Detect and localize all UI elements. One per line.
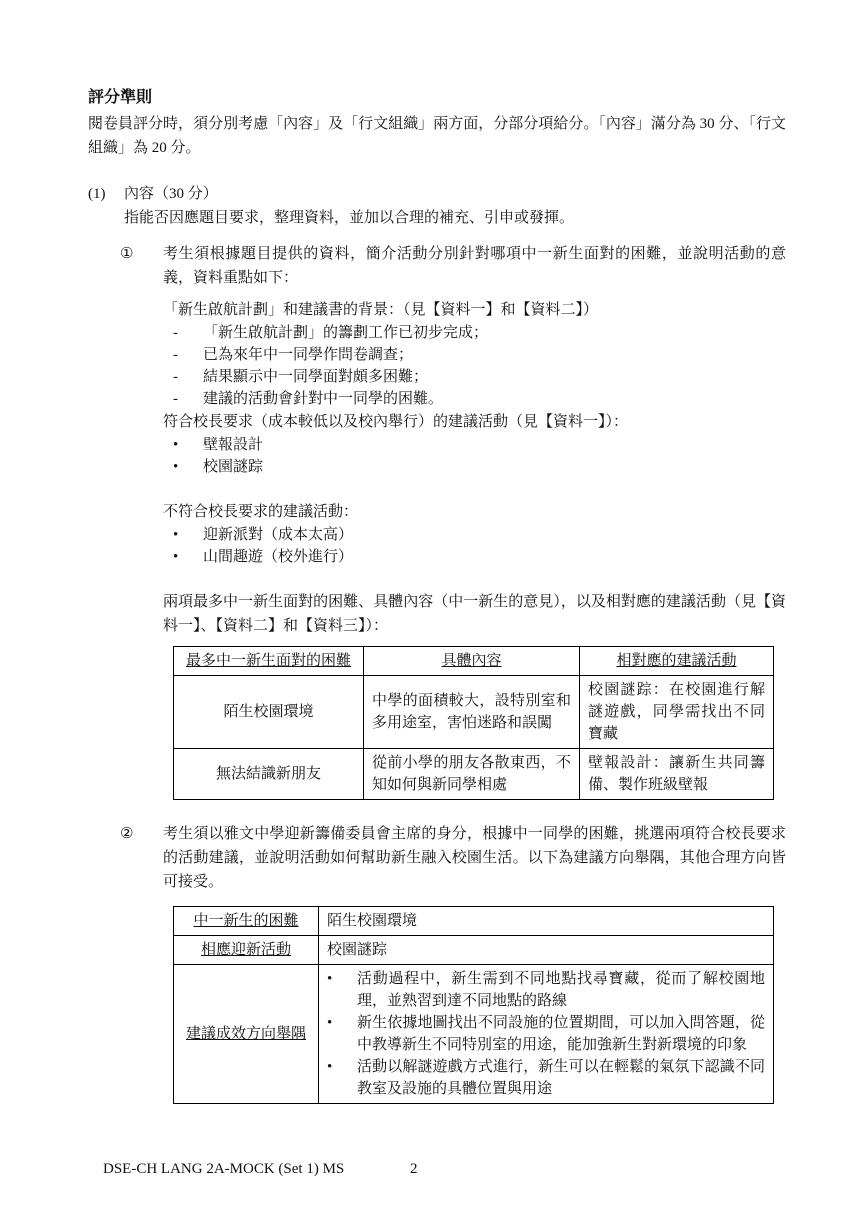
- bullet-item-text: 校園謎踪: [203, 456, 786, 478]
- table-header-cell: 相對應的建議活動: [580, 647, 774, 676]
- section-1: (1) 內容（30 分） 指能否因應題目要求，整理資料，並加以合理的補充、引申或…: [88, 182, 786, 230]
- table-label-cell: 相應迎新活動: [174, 936, 319, 965]
- dash-marker: -: [173, 388, 203, 410]
- table-cell: 陌生校園環境: [319, 907, 774, 936]
- table-header-cell: 最多中一新生面對的困難: [174, 647, 364, 676]
- bullet-item-text: 活動以解謎遊戲方式進行，新生可以在輕鬆的氣氛下認識不同教室及設施的具體位置與用途: [357, 1056, 765, 1100]
- table-row: 中一新生的困難 陌生校園環境: [174, 907, 774, 936]
- section-heading: 內容（30 分）: [124, 182, 786, 206]
- bullet-marker: •: [327, 1012, 357, 1056]
- bullet-item: • 活動以解謎遊戲方式進行，新生可以在輕鬆的氣氛下認識不同教室及設施的具體位置與…: [327, 1056, 765, 1100]
- dash-item-text: 結果顯示中一同學面對頗多困難；: [203, 366, 786, 388]
- dash-marker: -: [173, 366, 203, 388]
- background-lead: 「新生啟航計劃」和建議書的背景：（見【資料一】和【資料二】）: [163, 298, 786, 322]
- table-cell: 無法結識新朋友: [174, 749, 364, 800]
- bullet-item: • 迎新派對（成本太高）: [173, 524, 786, 546]
- dash-item: - 結果顯示中一同學面對頗多困難；: [173, 366, 786, 388]
- table-header-row: 最多中一新生面對的困難 具體內容 相對應的建議活動: [174, 647, 774, 676]
- section-number: (1): [88, 182, 124, 230]
- bullet-marker: •: [173, 434, 203, 456]
- difficulties-table: 最多中一新生面對的困難 具體內容 相對應的建議活動 陌生校園環境 中學的面積較大…: [173, 646, 774, 800]
- table-row: 陌生校園環境 中學的面積較大，設特別室和多用途室，害怕迷路和誤闖 校園謎踪：在校…: [174, 676, 774, 749]
- unfit-activities-lead: 不符合校長要求的建議活動：: [163, 500, 786, 524]
- table-label-cell: 建議成效方向舉隅: [174, 965, 319, 1104]
- item-1-text: 考生須根據題目提供的資料，簡介活動分別針對哪項中一新生面對的困難，並說明活動的意…: [163, 242, 786, 290]
- table-cell: 壁報設計：讓新生共同籌備、製作班級壁報: [580, 749, 774, 800]
- bullet-item-text: 迎新派對（成本太高）: [203, 524, 786, 546]
- fit-activities-lead: 符合校長要求（成本較低以及校內舉行）的建議活動（見【資料一】）：: [163, 410, 786, 434]
- footer-page-number: 2: [410, 1158, 418, 1180]
- suggestion-table: 中一新生的困難 陌生校園環境 相應迎新活動 校園謎踪 建議成效方向舉隅 • 活動…: [173, 906, 774, 1104]
- bullet-marker: •: [173, 546, 203, 568]
- bullet-item-text: 新生依據地圖找出不同設施的位置期間，可以加入問答題，從中教導新生不同特別室的用途…: [357, 1012, 765, 1056]
- bullet-item: • 壁報設計: [173, 434, 786, 456]
- bullet-item-text: 山間趣遊（校外進行）: [203, 546, 786, 568]
- item-2-text: 考生須以雅文中學迎新籌備委員會主席的身分，根據中一同學的困難，挑選兩項符合校長要…: [163, 822, 786, 894]
- table-header-cell: 具體內容: [364, 647, 580, 676]
- table-label-cell: 中一新生的困難: [174, 907, 319, 936]
- bullet-item: • 活動過程中，新生需到不同地點找尋寶藏，從而了解校園地理，並熟習到達不同地點的…: [327, 968, 765, 1012]
- dash-marker: -: [173, 322, 203, 344]
- bullet-marker: •: [327, 1056, 357, 1100]
- table-row: 相應迎新活動 校園謎踪: [174, 936, 774, 965]
- intro-paragraph: 閱卷員評分時，須分別考慮「內容」及「行文組織」兩方面，分部分項給分。「內容」滿分…: [88, 112, 786, 160]
- bullet-marker: •: [327, 968, 357, 1012]
- table-cell: 從前小學的朋友各散東西，不知如何與新同學相處: [364, 749, 580, 800]
- dash-marker: -: [173, 344, 203, 366]
- dash-item: - 已為來年中一同學作問卷調查；: [173, 344, 786, 366]
- bullet-item-text: 壁報設計: [203, 434, 786, 456]
- dash-item-text: 建議的活動會針對中一同學的困難。: [203, 388, 786, 410]
- bullet-item: • 新生依據地圖找出不同設施的位置期間，可以加入問答題，從中教導新生不同特別室的…: [327, 1012, 765, 1056]
- bullet-item: • 校園謎踪: [173, 456, 786, 478]
- table-row: 建議成效方向舉隅 • 活動過程中，新生需到不同地點找尋寶藏，從而了解校園地理，並…: [174, 965, 774, 1104]
- table-cell: 校園謎踪: [319, 936, 774, 965]
- item-1: ① 考生須根據題目提供的資料，簡介活動分別針對哪項中一新生面對的困難，並說明活動…: [120, 242, 786, 290]
- table-row: 無法結識新朋友 從前小學的朋友各散東西，不知如何與新同學相處 壁報設計：讓新生共…: [174, 749, 774, 800]
- circled-2-marker: ②: [120, 822, 163, 894]
- page-content: 評分準則 閱卷員評分時，須分別考慮「內容」及「行文組織」兩方面，分部分項給分。「…: [88, 86, 786, 1104]
- dash-item-text: 「新生啟航計劃」的籌劃工作已初步完成；: [203, 322, 786, 344]
- dash-item: - 「新生啟航計劃」的籌劃工作已初步完成；: [173, 322, 786, 344]
- difficulties-table-lead: 兩項最多中一新生面對的困難、具體內容（中一新生的意見），以及相對應的建議活動（見…: [163, 590, 786, 638]
- dash-item: - 建議的活動會針對中一同學的困難。: [173, 388, 786, 410]
- item-2: ② 考生須以雅文中學迎新籌備委員會主席的身分，根據中一同學的困難，挑選兩項符合校…: [120, 822, 786, 894]
- table-cell: 中學的面積較大，設特別室和多用途室，害怕迷路和誤闖: [364, 676, 580, 749]
- document-page: 評分準則 閱卷員評分時，須分別考慮「內容」及「行文組織」兩方面，分部分項給分。「…: [0, 0, 868, 1232]
- bullet-marker: •: [173, 524, 203, 546]
- table-cell: 陌生校園環境: [174, 676, 364, 749]
- footer-doc-code: DSE-CH LANG 2A-MOCK (Set 1) MS: [103, 1158, 344, 1180]
- bullet-marker: •: [173, 456, 203, 478]
- circled-1-marker: ①: [120, 242, 163, 290]
- bullet-item-text: 活動過程中，新生需到不同地點找尋寶藏，從而了解校園地理，並熟習到達不同地點的路線: [357, 968, 765, 1012]
- section-description: 指能否因應題目要求，整理資料，並加以合理的補充、引申或發揮。: [124, 206, 786, 230]
- page-title: 評分準則: [88, 86, 786, 110]
- bullet-item: • 山間趣遊（校外進行）: [173, 546, 786, 568]
- table-cell: 校園謎踪：在校園進行解謎遊戲，同學需找出不同寶藏: [580, 676, 774, 749]
- table-cell: • 活動過程中，新生需到不同地點找尋寶藏，從而了解校園地理，並熟習到達不同地點的…: [319, 965, 774, 1104]
- dash-item-text: 已為來年中一同學作問卷調查；: [203, 344, 786, 366]
